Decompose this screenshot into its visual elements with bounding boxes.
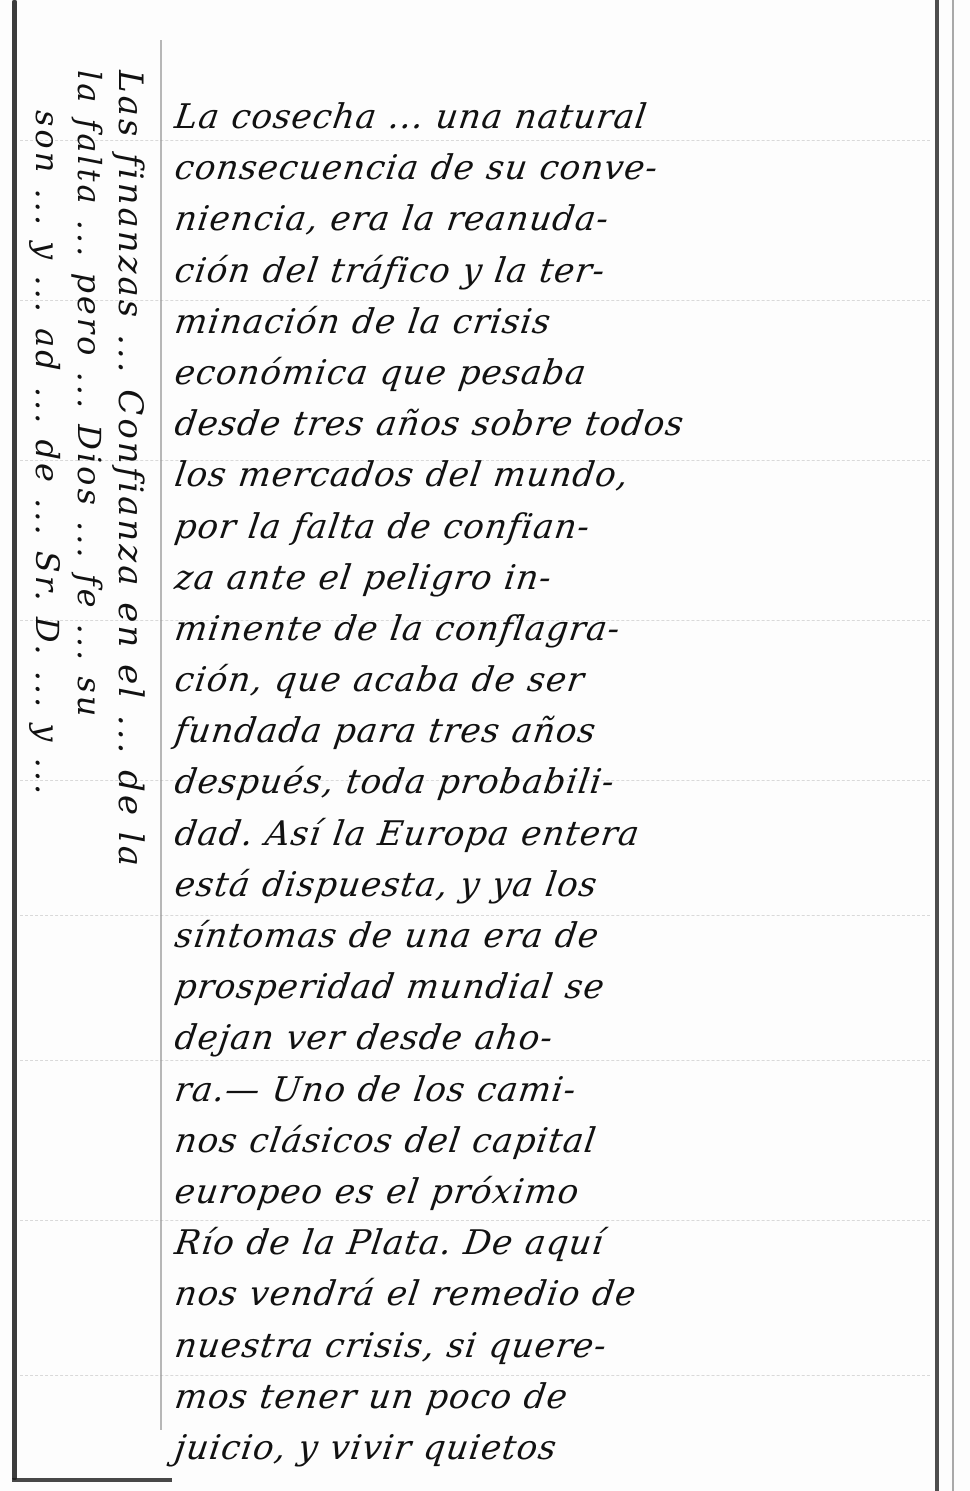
text-line: después, toda probabili-	[171, 757, 938, 808]
text-line: fundada para tres años	[171, 706, 938, 757]
text-line: los mercados del mundo,	[171, 450, 938, 501]
text-line: La cosecha ... una natural	[171, 92, 938, 143]
text-line: ción del tráfico y la ter-	[171, 246, 938, 297]
text-line: minente de la conflagra-	[171, 604, 938, 655]
text-line: por la falta de confian-	[171, 502, 938, 553]
text-line: dad. Así la Europa entera	[171, 809, 938, 860]
page-right-border	[935, 0, 939, 1491]
text-line: minación de la crisis	[171, 297, 938, 348]
page-left-border	[12, 0, 17, 1480]
text-line: ción, que acaba de ser	[171, 655, 938, 706]
text-line: Río de la Plata. De aquí	[171, 1218, 938, 1269]
text-line: za ante el peligro in-	[171, 553, 938, 604]
text-line: prosperidad mundial se	[171, 962, 938, 1013]
text-line: nos vendrá el remedio de	[171, 1269, 938, 1320]
page-right-border-inner	[952, 0, 954, 1491]
text-line: dejan ver desde aho-	[171, 1013, 938, 1064]
text-line: nos clásicos del capital	[171, 1116, 938, 1167]
text-line: niencia, era la reanuda-	[171, 194, 938, 245]
text-line: desde tres años sobre todos	[171, 399, 938, 450]
text-line: mos tener un poco de	[171, 1372, 938, 1423]
text-line: económica que pesaba	[171, 348, 938, 399]
text-line: está dispuesta, y ya los	[171, 860, 938, 911]
margin-note-3: son ... y ... ad ... de ... Sr. D. ... y…	[28, 110, 66, 797]
text-line: consecuencia de su conve-	[171, 143, 938, 194]
margin-note-2: la falta ... pero ... Dios ... fe ... su	[70, 70, 108, 719]
text-line: juicio, y vivir quietos	[171, 1423, 938, 1474]
page-bottom-border	[12, 1478, 172, 1482]
margin-note-1: Las finanzas ... Confianza en el ... de …	[110, 70, 150, 869]
main-handwritten-text: La cosecha ... una natural consecuencia …	[175, 92, 935, 1474]
text-line: europeo es el próximo	[171, 1167, 938, 1218]
text-line: nuestra crisis, si quere-	[171, 1321, 938, 1372]
manuscript-page: Las finanzas ... Confianza en el ... de …	[0, 0, 970, 1491]
text-line: síntomas de una era de	[171, 911, 938, 962]
text-line: ra.— Uno de los cami-	[171, 1065, 938, 1116]
